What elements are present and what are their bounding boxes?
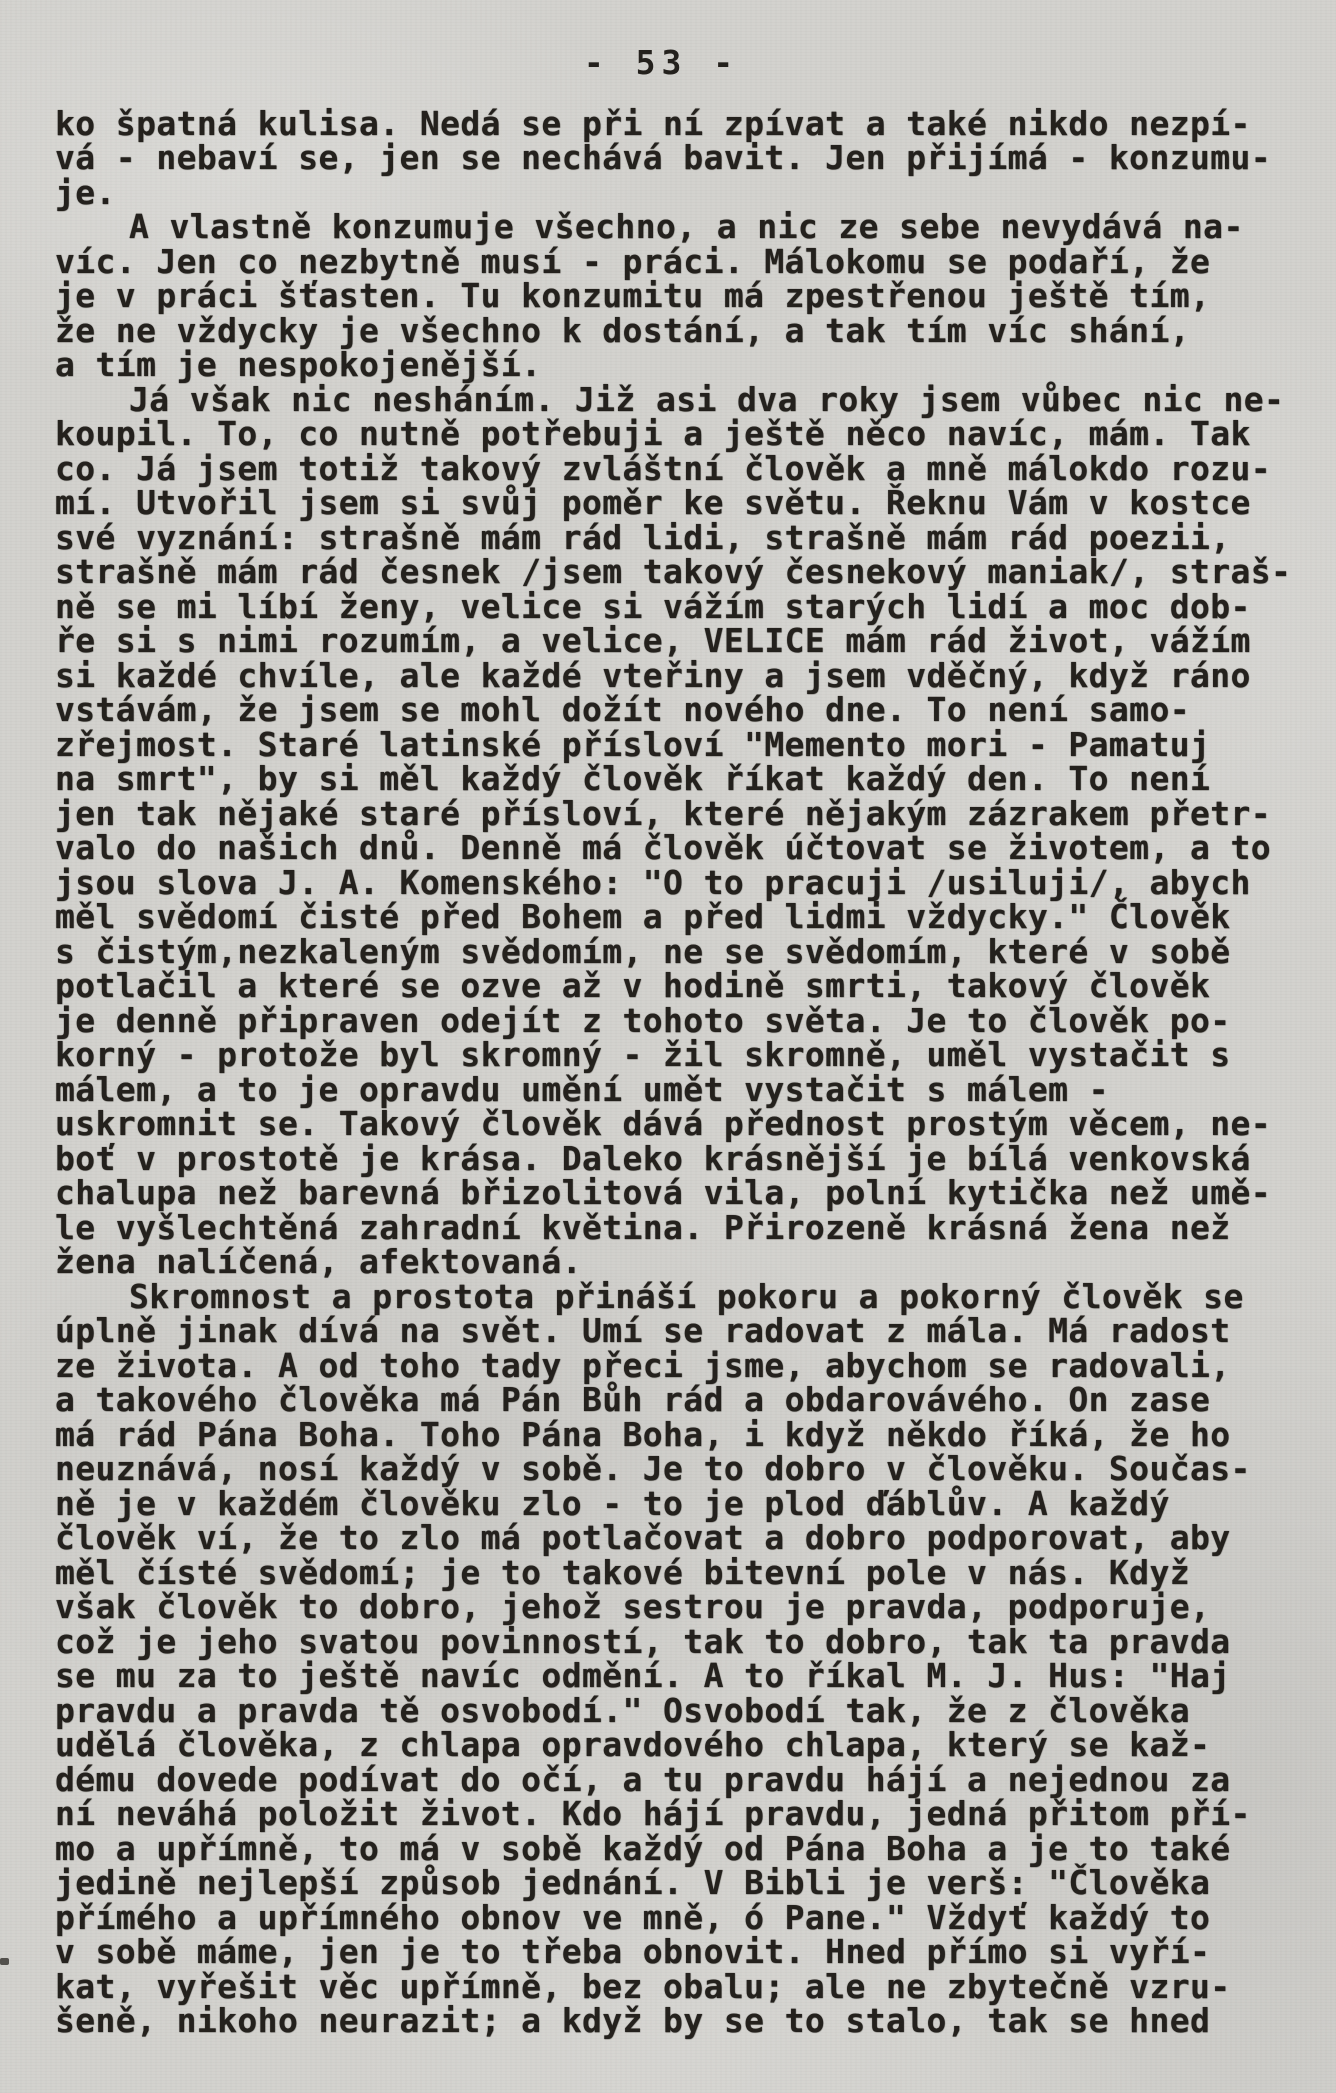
scanned-document-page: - 53 - ko špatná kulisa. Nedá se při ní …: [0, 0, 1336, 2093]
text-line: na smrt", by si měl každý člověk říkat k…: [55, 762, 1268, 797]
text-line: úplně jinak dívá na svět. Umí se radovat…: [55, 1314, 1268, 1349]
text-line: mí. Utvořil jsem si svůj poměr ke světu.…: [55, 486, 1268, 521]
page-number: - 53 -: [55, 46, 1268, 81]
text-line: vá - nebaví se, jen se nechává bavit. Je…: [55, 141, 1268, 176]
text-line: přímého a upřímného obnov ve mně, ó Pane…: [55, 1901, 1268, 1936]
text-line: a tím je nespokojenější.: [55, 348, 1268, 383]
text-line: ze života. A od toho tady přeci jsme, ab…: [55, 1349, 1268, 1384]
text-line: valo do našich dnů. Denně má člověk účto…: [55, 831, 1268, 866]
text-line: žena nalíčená, afektovaná.: [55, 1245, 1268, 1280]
text-line: jsou slova J. A. Komenského: "O to pracu…: [55, 866, 1268, 901]
text-line: ní neváhá položit život. Kdo hájí pravdu…: [55, 1797, 1268, 1832]
text-line: dému dovede podívat do očí, a tu pravdu …: [55, 1763, 1268, 1798]
text-line: strašně mám rád česnek /jsem takový česn…: [55, 555, 1268, 590]
text-line: udělá člověka, z chlapa opravdového chla…: [55, 1728, 1268, 1763]
text-line: chalupa než barevná břizolitová vila, po…: [55, 1176, 1268, 1211]
text-line: ře si s nimi rozumím, a velice, VELICE m…: [55, 624, 1268, 659]
text-line: člověk ví, že to zlo má potlačovat a dob…: [55, 1521, 1268, 1556]
text-line: jen tak nějaké staré přísloví, které něj…: [55, 797, 1268, 832]
text-line: jedině nejlepší způsob jednání. V Bibli …: [55, 1866, 1268, 1901]
text-line: ko špatná kulisa. Nedá se při ní zpívat …: [55, 107, 1268, 142]
text-line: le vyšlechtěná zahradní květina. Přiroze…: [55, 1211, 1268, 1246]
paragraph: Skromnost a prostota přináší pokoru a po…: [55, 1280, 1268, 2039]
text-line: potlačil a které se ozve až v hodině smr…: [55, 969, 1268, 1004]
text-line: s čistým,nezkaleným svědomím, ne se svěd…: [55, 935, 1268, 970]
text-line: víc. Jen co nezbytně musí - práci. Málok…: [55, 245, 1268, 280]
text-line: měl svědomí čisté před Bohem a před lidm…: [55, 900, 1268, 935]
paragraph: A vlastně konzumuje všechno, a nic ze se…: [55, 210, 1268, 383]
text-line: Skromnost a prostota přináší pokoru a po…: [55, 1280, 1268, 1315]
text-line: vstávám, že jsem se mohl dožít nového dn…: [55, 693, 1268, 728]
scan-artifact: [0, 1958, 9, 1965]
text-line: kat, vyřešit věc upřímně, bez obalu; ale…: [55, 1970, 1268, 2005]
text-line: je.: [55, 176, 1268, 211]
text-line: koupil. To, co nutně potřebuji a ještě n…: [55, 417, 1268, 452]
text-line: A vlastně konzumuje všechno, a nic ze se…: [55, 210, 1268, 245]
text-line: své vyznání: strašně mám rád lidi, straš…: [55, 521, 1268, 556]
text-line: měl čísté svědomí; je to takové bitevní …: [55, 1556, 1268, 1591]
paragraph: Já však nic nesháním. Již asi dva roky j…: [55, 383, 1268, 1280]
text-line: boť v prostotě je krása. Daleko krásnějš…: [55, 1142, 1268, 1177]
paragraph: ko špatná kulisa. Nedá se při ní zpívat …: [55, 107, 1268, 211]
text-line: šeně, nikoho neurazit; a když by se to s…: [55, 2004, 1268, 2039]
text-line: má rád Pána Boha. Toho Pána Boha, i když…: [55, 1418, 1268, 1453]
text-line: a takového člověka má Pán Bůh rád a obda…: [55, 1383, 1268, 1418]
text-line: však člověk to dobro, jehož sestrou je p…: [55, 1590, 1268, 1625]
text-line: je denně připraven odejít z tohoto světa…: [55, 1004, 1268, 1039]
text-line: uskromnit se. Takový člověk dává přednos…: [55, 1107, 1268, 1142]
text-line: mo a upřímně, to má v sobě každý od Pána…: [55, 1832, 1268, 1867]
text-line: korný - protože byl skromný - žil skromn…: [55, 1038, 1268, 1073]
text-line: co. Já jsem totiž takový zvláštní člověk…: [55, 452, 1268, 487]
text-line: si každé chvíle, ale každé vteřiny a jse…: [55, 659, 1268, 694]
text-line: se mu za to ještě navíc odmění. A to řík…: [55, 1659, 1268, 1694]
text-line: ně se mi líbí ženy, velice si vážím star…: [55, 590, 1268, 625]
text-line: pravdu a pravda tě osvobodí." Osvobodí t…: [55, 1694, 1268, 1729]
text-line: že ne vždycky je všechno k dostání, a ta…: [55, 314, 1268, 349]
text-line: zřejmost. Staré latinské přísloví "Memen…: [55, 728, 1268, 763]
text-line: ně je v každém člověku zlo - to je plod …: [55, 1487, 1268, 1522]
text-line: což je jeho svatou povinností, tak to do…: [55, 1625, 1268, 1660]
text-line: Já však nic nesháním. Již asi dva roky j…: [55, 383, 1268, 418]
body-text: ko špatná kulisa. Nedá se při ní zpívat …: [55, 107, 1268, 2039]
text-line: málem, a to je opravdu umění umět vystač…: [55, 1073, 1268, 1108]
text-line: v sobě máme, jen je to třeba obnovit. Hn…: [55, 1935, 1268, 1970]
text-line: je v práci šťasten. Tu konzumitu má zpes…: [55, 279, 1268, 314]
text-line: neuznává, nosí každý v sobě. Je to dobro…: [55, 1452, 1268, 1487]
